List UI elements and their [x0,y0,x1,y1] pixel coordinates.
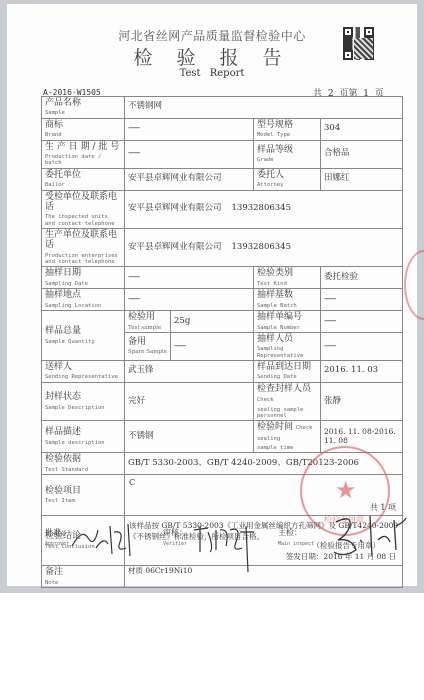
row-brand: 商标Brand ------ 型号规格Model Type 304 [42,118,403,140]
qr-code-icon [343,27,374,60]
test-kind-value: 委托检验 [321,267,403,289]
report-title-en: Test Report [0,68,424,79]
main-inspect-signature-block: 主检：Main inspect [278,527,314,547]
attorney-value: 田娜红 [321,168,403,190]
grade-value: 合格品 [321,140,403,168]
verifier-signature-block: 审核：Verifier [163,527,187,547]
sample-desc-value: 不锈钢 [125,421,254,453]
row-sampling-location: 抽样地点Sampling Location ------ 抽样基数Sample … [42,289,403,311]
row-sampling-date: 抽样日期Sampling Date ------ 检验类别Test Kind 委… [42,267,403,289]
production-date-value: ------ [125,140,254,168]
row-production-unit: 生产单位及联系电话Production enterprises and cont… [42,228,403,266]
seal-personnel-value: 张静 [321,382,403,420]
production-unit-value: 安平县卓辉网业有限公司 [128,242,222,252]
verifier-signature [190,518,265,578]
sampling-rep-value: ------ [321,332,403,360]
test-item-value: C [129,478,135,487]
row-sample-quantity-1: 样品总量Sample Quantity 检验用Test sample 25g 抽… [42,311,403,333]
row-bailor: 委托单位Bailor 安平县卓辉网业有限公司 委托人Attorney 田娜红 [42,168,403,190]
brand-value: ------ [125,118,254,140]
sample-number-value: ------ [321,311,403,333]
inspected-unit-value: 安平县卓辉网业有限公司 [128,203,222,213]
sending-rep-value: 武玉锋 [125,360,254,382]
main-inspect-signature [330,510,410,560]
bailor-value: 安平县卓辉网业有限公司 [125,168,254,190]
seal-status-value: 完好 [125,382,254,420]
row-sample: 产品名称Sample 不锈钢网 [42,97,403,119]
row-inspected-unit: 受检单位及联系电话The inspected units and contact… [42,190,403,228]
model-type-value: 304 [321,118,403,140]
row-seal-status: 封样状态Sample Description 完好 检查封样人员 Checkse… [42,382,403,420]
sample-batch-value: ------ [321,289,403,311]
star-icon: ★ [335,478,357,502]
inspected-unit-phone: 13932806345 [232,203,292,213]
production-unit-phone: 13932806345 [232,242,292,252]
sending-date-value: 2016. 11. 03 [321,360,403,382]
test-sample-value: 25g [171,311,254,333]
approver-signature-block: 批准：Approver [45,527,69,547]
sampling-date-value: ------ [125,267,254,289]
row-production-date: 生 产 日 期 / 批 号Production date / batch ---… [42,140,403,168]
sampling-location-value: ------ [125,289,254,311]
approver-signature [68,518,138,558]
row-sending-rep: 送样人Sending Representative 武玉锋 样品到达日期Send… [42,360,403,382]
sample-value: 不锈钢网 [125,97,403,119]
spare-sample-value: ------ [171,332,254,360]
